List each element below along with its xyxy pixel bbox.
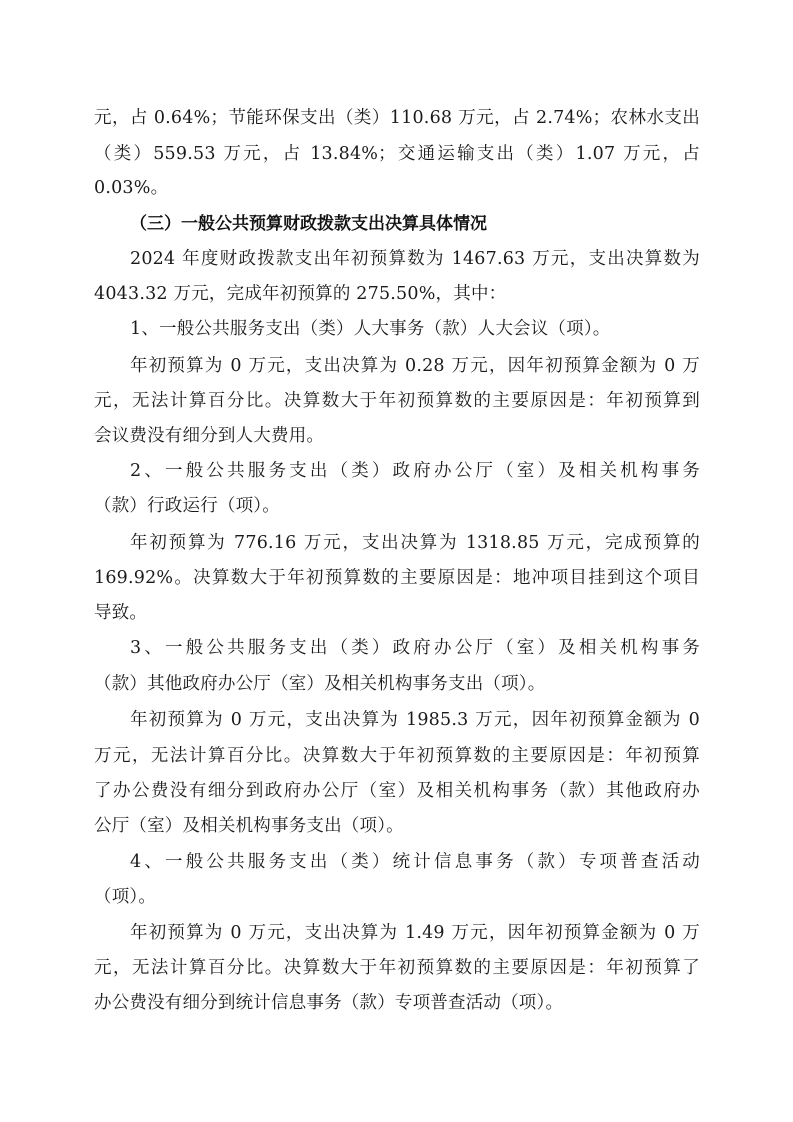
- item-4-body-line: 办公费没有细分到统计信息事务（款）专项普查活动（项）。: [94, 987, 700, 1019]
- paragraph-line: 元，占 0.64%；节能环保支出（类）110.68 万元，占 2.74%；农林水…: [94, 102, 700, 134]
- item-4-body-line: 元，无法计算百分比。决算数大于年初预算数的主要原因是：年初预算了: [94, 952, 700, 984]
- item-3-title: 3、一般公共服务支出（类）政府办公厅（室）及相关机构事务: [130, 632, 700, 664]
- item-2-title: 2、一般公共服务支出（类）政府办公厅（室）及相关机构事务: [130, 455, 700, 487]
- item-1-body-line: 元，无法计算百分比。决算数大于年初预算数的主要原因是：年初预算到: [94, 385, 700, 417]
- document-page: 元，占 0.64%；节能环保支出（类）110.68 万元，占 2.74%；农林水…: [0, 0, 793, 1122]
- item-1-body-line: 年初预算为 0 万元，支出决算为 0.28 万元，因年初预算金额为 0 万: [130, 350, 700, 382]
- section-heading: （三）一般公共预算财政拨款支出决算具体情况: [130, 208, 487, 240]
- intro-line: 4043.32 万元，完成年初预算的 275.50%，其中：: [94, 278, 700, 310]
- paragraph-line: （类）559.53 万元，占 13.84%；交通运输支出（类）1.07 万元，占: [94, 138, 700, 170]
- paragraph-line: 0.03%。: [94, 172, 700, 204]
- intro-line: 2024 年度财政拨款支出年初预算数为 1467.63 万元，支出决算数为: [130, 243, 700, 275]
- item-3-body-line: 了办公费没有细分到政府办公厅（室）及相关机构事务（款）其他政府办: [94, 775, 700, 807]
- item-2-body-line: 导致。: [94, 597, 700, 629]
- item-3-body-line: 公厅（室）及相关机构事务支出（项）。: [94, 810, 700, 842]
- item-4-title: （项）。: [94, 881, 700, 913]
- item-1-body-line: 会议费没有细分到人大费用。: [94, 420, 700, 452]
- item-2-body-line: 年初预算为 776.16 万元，支出决算为 1318.85 万元，完成预算的: [130, 527, 700, 559]
- item-3-body-line: 年初预算为 0 万元，支出决算为 1985.3 万元，因年初预算金额为 0: [130, 704, 700, 736]
- item-2-body-line: 169.92%。决算数大于年初预算数的主要原因是：地冲项目挂到这个项目: [94, 562, 700, 594]
- item-2-title: （款）行政运行（项）。: [94, 490, 700, 522]
- item-3-body-line: 万元，无法计算百分比。决算数大于年初预算数的主要原因是：年初预算: [94, 740, 700, 772]
- item-3-title: （款）其他政府办公厅（室）及相关机构事务支出（项）。: [94, 668, 700, 700]
- item-4-body-line: 年初预算为 0 万元，支出决算为 1.49 万元，因年初预算金额为 0 万: [130, 917, 700, 949]
- item-4-title: 4、一般公共服务支出（类）统计信息事务（款）专项普查活动: [130, 846, 700, 878]
- item-1-title: 1、一般公共服务支出（类）人大事务（款）人大会议（项）。: [130, 313, 700, 345]
